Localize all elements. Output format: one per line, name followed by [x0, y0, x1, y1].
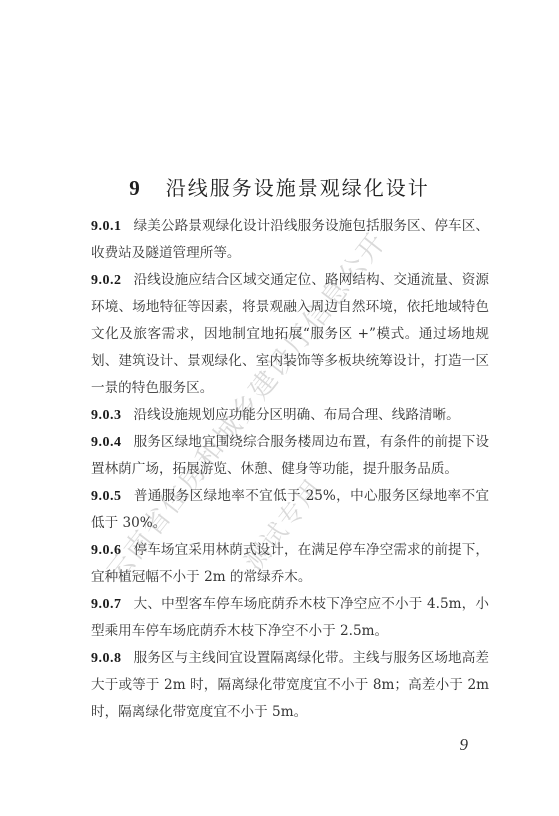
clause-number: 9.0.5: [91, 489, 122, 504]
clause-text: 停车场宜采用林荫式设计，在满足停车净空需求的前提下，宜种植冠幅不小于 2m 的常…: [91, 542, 489, 585]
clause-9-0-3: 9.0.3沿线设施规划应功能分区明确、布局合理、线路清晰。: [91, 402, 489, 429]
clause-9-0-7: 9.0.7大、中型客车停车场庇荫乔木枝下净空应不小于 4.5m，小型乘用车停车场…: [91, 591, 489, 645]
clause-9-0-2: 9.0.2沿线设施应结合区域交通定位、路网结构、交通流量、资源环境、场地特征等因…: [91, 267, 489, 402]
clause-text: 绿美公路景观绿化设计沿线服务设施包括服务区、停车区、收费站及隧道管理所等。: [91, 218, 489, 261]
chapter-heading: 9沿线服务设施景观绿化设计: [0, 172, 559, 201]
clause-text: 大、中型客车停车场庇荫乔木枝下净空应不小于 4.5m，小型乘用车停车场庇荫乔木枝…: [91, 596, 489, 639]
page-number: 9: [460, 735, 469, 755]
clause-9-0-8: 9.0.8服务区与主线间宜设置隔离绿化带。主线与服务区场地高差大于或等于 2m …: [91, 645, 489, 726]
clause-9-0-5: 9.0.5普通服务区绿地率不宜低于 25%，中心服务区绿地率不宜低于 30%。: [91, 483, 489, 537]
clause-9-0-6: 9.0.6停车场宜采用林荫式设计，在满足停车净空需求的前提下，宜种植冠幅不小于 …: [91, 537, 489, 591]
clause-number: 9.0.2: [91, 273, 122, 288]
clause-list: 9.0.1绿美公路景观绿化设计沿线服务设施包括服务区、停车区、收费站及隧道管理所…: [91, 213, 489, 726]
clause-text: 沿线设施规划应功能分区明确、布局合理、线路清晰。: [134, 407, 460, 423]
chapter-title: 沿线服务设施景观绿化设计: [166, 176, 430, 200]
document-page: 云南省住房和城乡建设厅信息公开 测试专用 9沿线服务设施景观绿化设计 9.0.1…: [0, 0, 559, 816]
clause-9-0-4: 9.0.4服务区绿地宜围绕综合服务楼周边布置，有条件的前提下设置林荫广场，拓展游…: [91, 429, 489, 483]
clause-number: 9.0.3: [91, 408, 122, 423]
clause-number: 9.0.6: [91, 543, 122, 558]
clause-number: 9.0.7: [91, 597, 122, 612]
clause-text: 服务区绿地宜围绕综合服务楼周边布置，有条件的前提下设置林荫广场，拓展游览、休憩、…: [91, 434, 489, 477]
clause-text: 沿线设施应结合区域交通定位、路网结构、交通流量、资源环境、场地特征等因素，将景观…: [91, 272, 489, 396]
clause-number: 9.0.4: [91, 435, 122, 450]
clause-number: 9.0.8: [91, 651, 122, 666]
clause-text: 普通服务区绿地率不宜低于 25%，中心服务区绿地率不宜低于 30%。: [91, 488, 489, 531]
clause-number: 9.0.1: [91, 219, 122, 234]
chapter-number: 9: [129, 176, 142, 200]
clause-9-0-1: 9.0.1绿美公路景观绿化设计沿线服务设施包括服务区、停车区、收费站及隧道管理所…: [91, 213, 489, 267]
clause-text: 服务区与主线间宜设置隔离绿化带。主线与服务区场地高差大于或等于 2m 时，隔离绿…: [91, 650, 489, 720]
